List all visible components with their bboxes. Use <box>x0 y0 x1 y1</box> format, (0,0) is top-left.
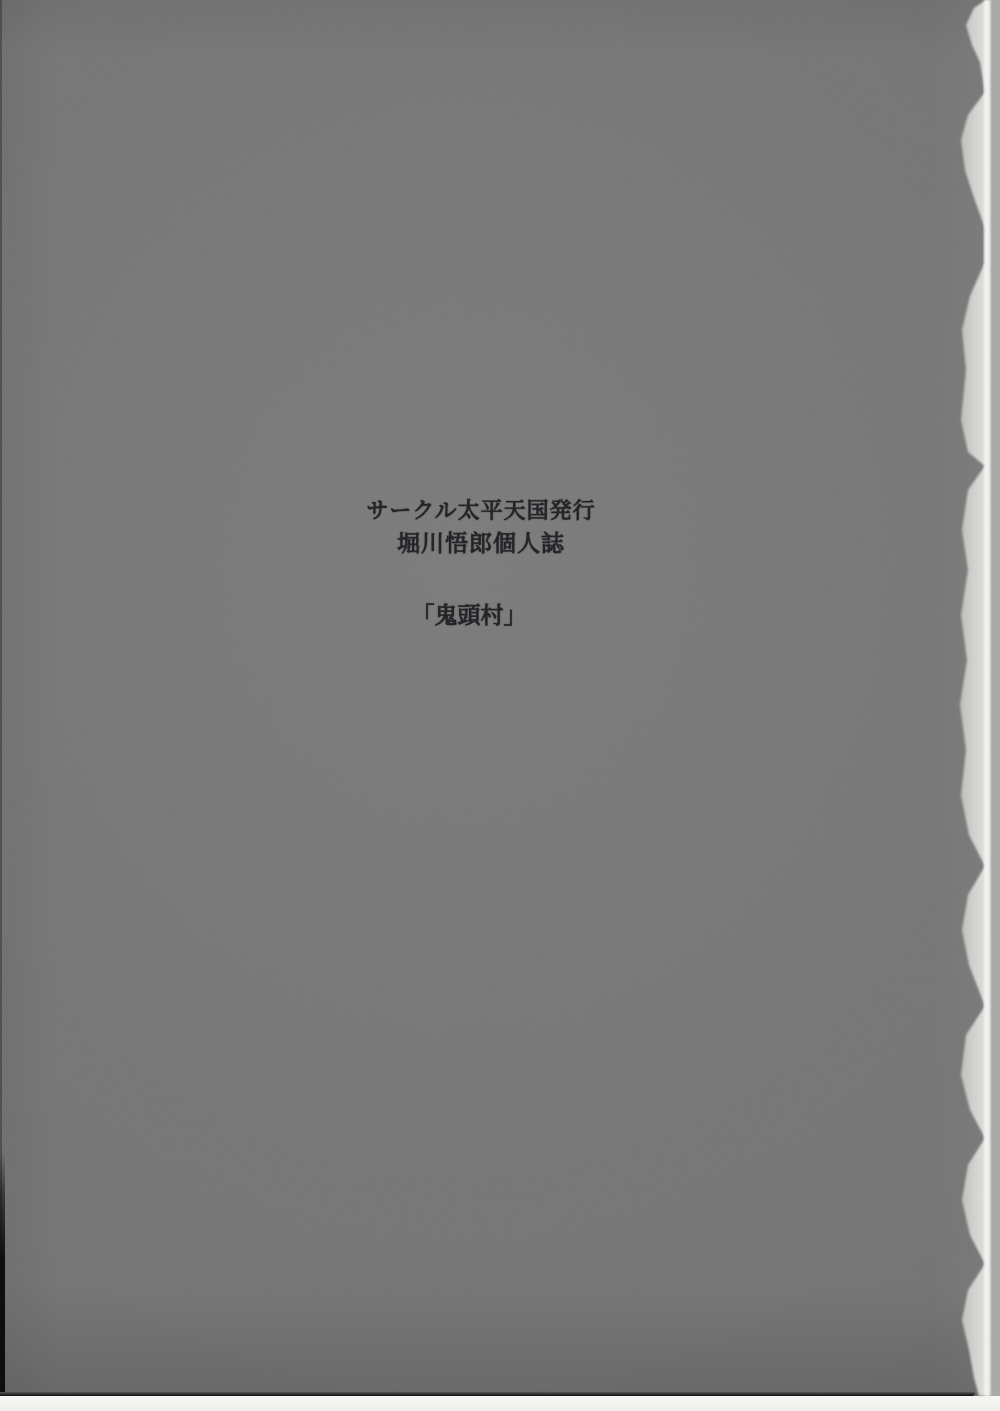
circle-publisher-line: サークル太平天国発行 <box>0 496 962 526</box>
torn-paper-edge <box>956 0 1000 1411</box>
page-surface <box>0 0 1000 1396</box>
torn-edge-highlight <box>984 0 990 1396</box>
left-page-edge-shadow <box>0 1150 5 1396</box>
scanned-doujinshi-page: サークル太平天国発行 堀川悟郎個人誌 「鬼頭村」 <box>0 0 1000 1411</box>
right-scan-strip <box>990 0 1000 1396</box>
scanner-background-bottom <box>0 1396 1000 1411</box>
book-title: 「鬼頭村」 <box>0 601 950 631</box>
page-bottom-edge <box>0 1392 975 1396</box>
colophon-text: サークル太平天国発行 堀川悟郎個人誌 「鬼頭村」 <box>0 496 962 631</box>
author-personal-magazine-line: 堀川悟郎個人誌 <box>0 529 962 559</box>
